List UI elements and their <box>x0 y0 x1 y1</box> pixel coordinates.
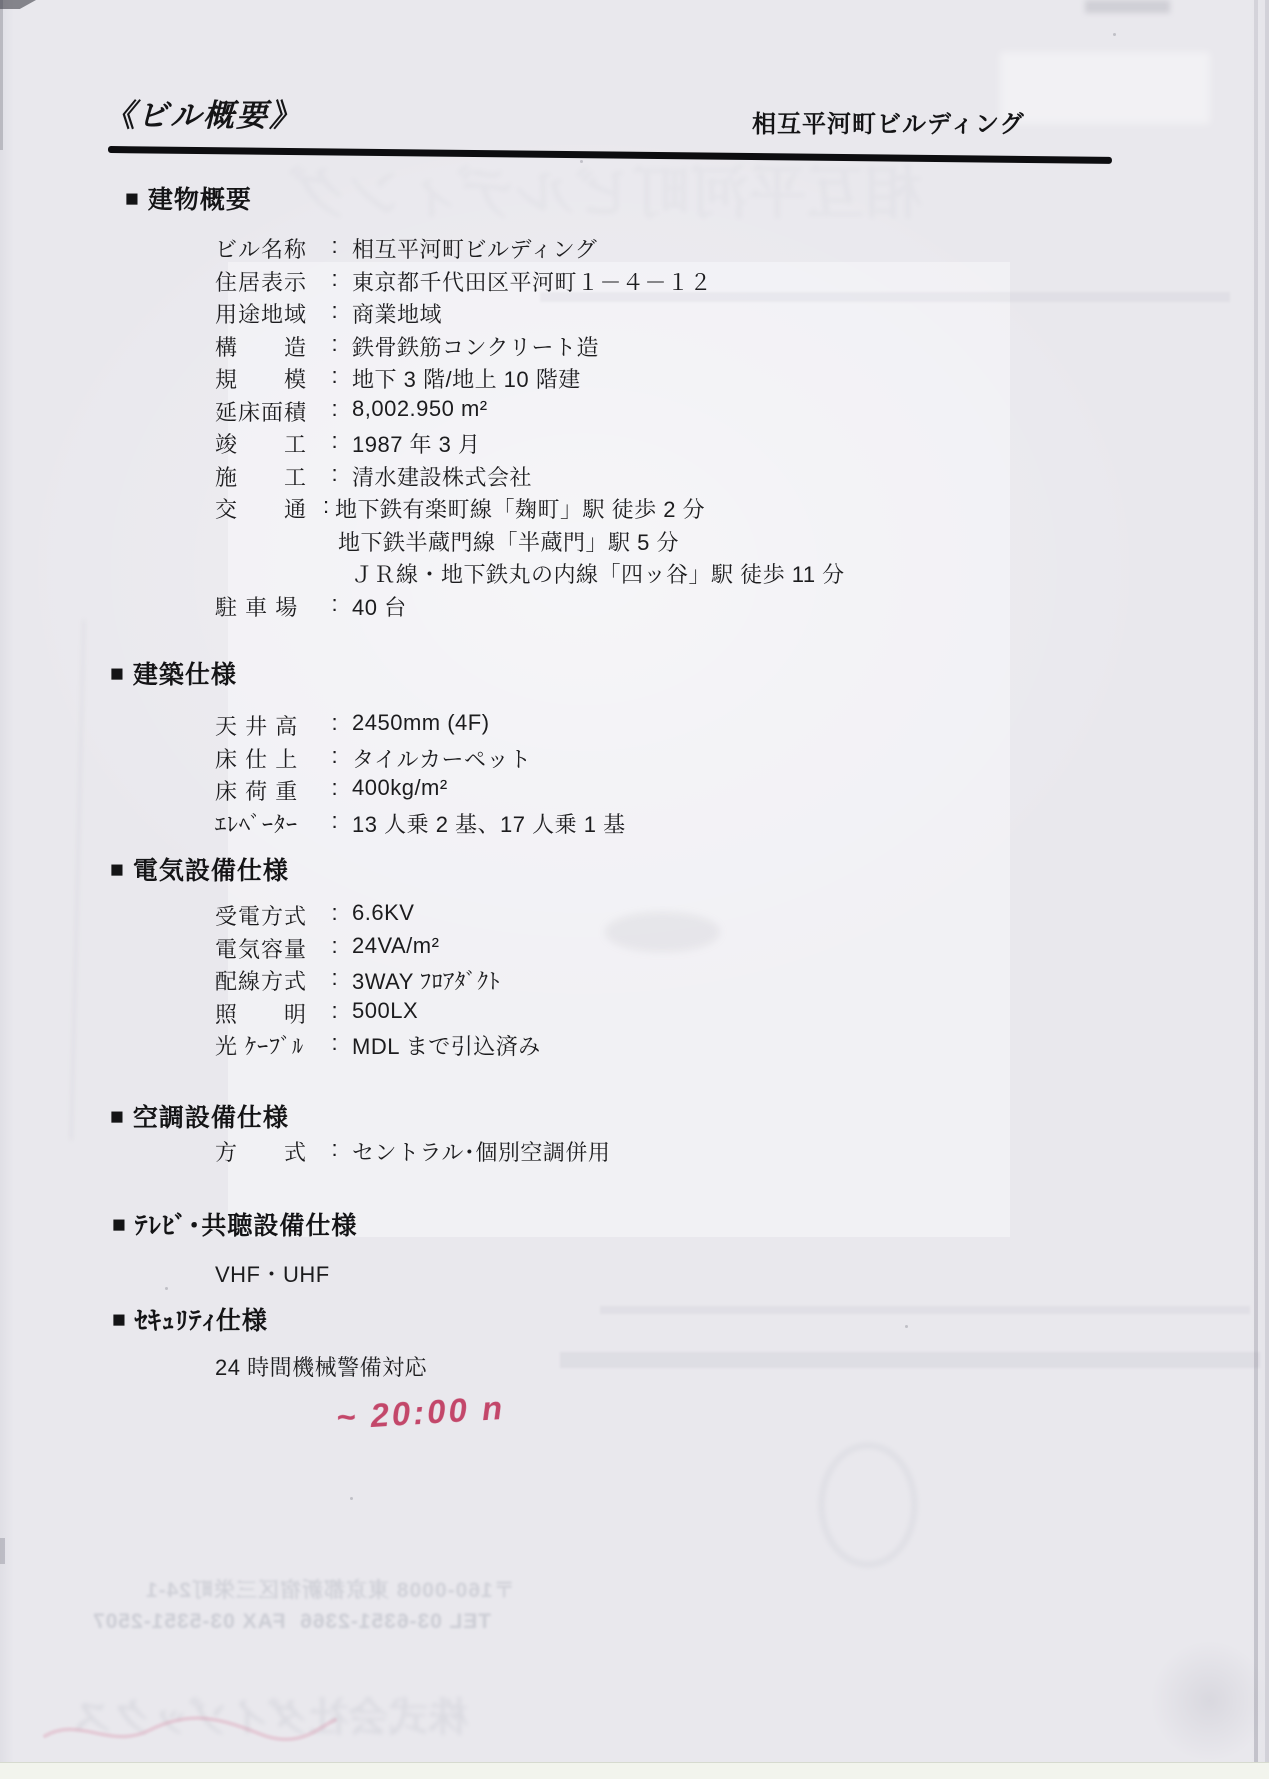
spec-label: 天 井 高 <box>215 710 317 741</box>
section-heading-electrical-spec: ■ 電気設備仕様 <box>110 851 289 887</box>
bleedthrough-pink-scribble <box>40 1698 340 1758</box>
spec-row: 規 模 : 地下 3 階/地上 10 階建 <box>215 363 1095 396</box>
spec-row: 電気容量 : 24VA/m² <box>215 933 1095 966</box>
spec-value: 地下 3 階/地上 10 階建 <box>352 363 581 394</box>
spec-value: 24VA/m² <box>352 933 439 959</box>
spec-colon: : <box>317 1136 352 1162</box>
spec-value: ＪＲ線・地下鉄丸の内線「四ッ谷」駅 徒歩 11 分 <box>351 558 845 589</box>
section-heading-label: 建物概要 <box>148 180 252 216</box>
spec-row: 構 造 : 鉄骨鉄筋コンクリート造 <box>215 331 1095 364</box>
section-heading-hvac-spec: ■ 空調設備仕様 <box>110 1098 289 1134</box>
section-marker-icon: ■ <box>112 1213 127 1236</box>
spec-colon: : <box>317 933 352 959</box>
bleedthrough-postal-line: 〒160-0008 東京都新宿区三栄町24-1 <box>145 1574 515 1604</box>
spec-label: 床 荷 重 <box>215 775 317 806</box>
page-title: 《ビル概要》 <box>104 90 302 135</box>
spec-label: 配線方式 <box>215 965 317 996</box>
spec-colon: : <box>317 775 352 801</box>
spec-colon: : <box>317 331 352 357</box>
spec-row: 用途地域 : 商業地域 <box>215 298 1095 331</box>
section-heading-architecture-spec: ■ 建築仕様 <box>110 655 237 691</box>
section-heading-label: 建築仕様 <box>133 655 237 691</box>
section-heading-label: ﾃﾚﾋﾞ･共聴設備仕様 <box>135 1206 358 1242</box>
spec-row: 竣 工 : 1987 年 3 月 <box>215 428 1095 461</box>
bleedthrough-tel-line: TEL 03-6351-2366 FAX 03-5351-2507 <box>92 1610 491 1634</box>
spec-row: 床 荷 重 : 400kg/m² <box>215 775 1095 808</box>
spec-label: ビル名称 <box>215 233 317 264</box>
building-overview-rows: ビル名称 : 相互平河町ビルディング 住居表示 : 東京都千代田区平河町１－４－… <box>215 233 1095 623</box>
section-marker-icon: ■ <box>110 858 125 881</box>
bleedthrough-logo-circle <box>818 1442 918 1568</box>
dust-speck <box>905 1325 908 1328</box>
spec-label: 駐 車 場 <box>215 591 317 622</box>
section-marker-icon: ■ <box>110 662 125 685</box>
paper-nick-bottom-left <box>0 1538 5 1564</box>
scan-corner-mark <box>0 0 36 9</box>
spec-value: 商業地域 <box>352 298 442 329</box>
spec-label: 電気容量 <box>215 933 317 964</box>
spec-colon: : <box>317 363 352 389</box>
spec-label: 受電方式 <box>215 900 317 931</box>
spec-value: 13 人乗 2 基、17 人乗 1 基 <box>352 808 626 839</box>
spec-label: 延床面積 <box>215 396 317 427</box>
spec-colon: : <box>317 900 352 926</box>
paper-edge-right-outer <box>1265 0 1269 1779</box>
paper-fold <box>70 620 86 1140</box>
spec-value: 500LX <box>352 998 418 1024</box>
spec-colon: : <box>317 710 352 736</box>
spec-value: 40 台 <box>352 591 407 622</box>
section-heading-label: 電気設備仕様 <box>133 851 289 887</box>
dust-speck <box>580 160 583 163</box>
spec-value: 地下鉄半蔵門線「半蔵門」駅 5 分 <box>338 526 679 557</box>
spec-row: 住居表示 : 東京都千代田区平河町１－４－１２ <box>215 266 1095 299</box>
spec-row-access-line2: 地下鉄半蔵門線「半蔵門」駅 5 分 <box>215 526 1095 559</box>
spec-label: ｴﾚﾍﾞｰﾀｰ <box>215 808 317 839</box>
section-heading-tv-spec: ■ ﾃﾚﾋﾞ･共聴設備仕様 <box>112 1206 357 1242</box>
spec-colon: : <box>317 298 352 324</box>
section-heading-label: 空調設備仕様 <box>133 1098 289 1134</box>
spec-row: 照 明 : 500LX <box>215 998 1095 1031</box>
spec-colon: : <box>317 998 352 1024</box>
spec-value: 400kg/m² <box>352 775 448 801</box>
spec-label: 交 通 <box>215 493 317 524</box>
electrical-spec-rows: 受電方式 : 6.6KV 電気容量 : 24VA/m² 配線方式 : 3WAY … <box>215 900 1095 1063</box>
spec-row: ビル名称 : 相互平河町ビルディング <box>215 233 1095 266</box>
spec-value: 地下鉄有楽町線「麹町」駅 徒歩 2 分 <box>335 493 705 524</box>
scan-shadow-bottom-right <box>1150 1640 1269 1762</box>
paper-edge-right <box>1254 0 1258 1779</box>
spec-value: セントラル･個別空調併用 <box>352 1136 610 1167</box>
section-heading-label: ｾｷｭﾘﾃｨ仕様 <box>135 1301 268 1337</box>
spec-row: 方 式 : セントラル･個別空調併用 <box>215 1136 1095 1169</box>
spec-value: 清水建設株式会社 <box>352 461 532 492</box>
spec-colon: : <box>317 266 352 292</box>
bleedthrough-stripe <box>560 1352 1260 1368</box>
spec-row: 施 工 : 清水建設株式会社 <box>215 461 1095 494</box>
spec-colon: : <box>317 461 352 487</box>
spec-label: 施 工 <box>215 461 317 492</box>
dust-speck <box>165 1287 168 1290</box>
spec-row: 光 ｹｰﾌﾞﾙ : MDL まで引込済み <box>215 1030 1095 1063</box>
tv-spec-note: VHF・UHF <box>215 1258 330 1289</box>
spec-value: 1987 年 3 月 <box>352 428 481 459</box>
spec-value: 2450mm (4F) <box>352 710 490 736</box>
spec-label: 光 ｹｰﾌﾞﾙ <box>215 1030 317 1061</box>
hvac-spec-rows: 方 式 : セントラル･個別空調併用 <box>215 1136 1095 1169</box>
spec-colon: : <box>317 965 352 991</box>
spec-value: 東京都千代田区平河町１－４－１２ <box>352 266 712 297</box>
spec-value: 鉄骨鉄筋コンクリート造 <box>352 331 599 362</box>
spec-label: 規 模 <box>215 363 317 394</box>
spec-row: 駐 車 場 : 40 台 <box>215 591 1095 624</box>
spec-row: 延床面積 : 8,002.950 m² <box>215 396 1095 429</box>
spec-label: 住居表示 <box>215 266 317 297</box>
spec-colon: : <box>317 396 352 422</box>
paper-bright-area-top-right <box>1000 52 1210 124</box>
security-spec-note: 24 時間機械警備対応 <box>215 1351 427 1382</box>
spec-value: MDL まで引込済み <box>352 1030 541 1061</box>
spec-colon: : <box>317 233 352 259</box>
scanner-bottom-band <box>0 1762 1269 1779</box>
spec-row: ｴﾚﾍﾞｰﾀｰ : 13 人乗 2 基、17 人乗 1 基 <box>215 808 1095 841</box>
dust-speck <box>1113 33 1116 36</box>
section-heading-building-overview: ■ 建物概要 <box>125 180 252 216</box>
spec-colon: : <box>317 743 352 769</box>
spec-value: 8,002.950 m² <box>352 396 488 422</box>
spec-value: 3WAY ﾌﾛｱﾀﾞｸﾄ <box>352 965 500 996</box>
spec-colon: : <box>317 493 335 519</box>
dust-speck <box>350 1497 353 1500</box>
scan-smudge-top-right <box>1085 0 1170 13</box>
spec-row: 受電方式 : 6.6KV <box>215 900 1095 933</box>
spec-label: 用途地域 <box>215 298 317 329</box>
spec-row-access: 交 通 : 地下鉄有楽町線「麹町」駅 徒歩 2 分 <box>215 493 1095 526</box>
building-name-header: 相互平河町ビルディング <box>752 104 1025 139</box>
spec-colon: : <box>317 428 352 454</box>
spec-label: 方 式 <box>215 1136 317 1167</box>
section-heading-security-spec: ■ ｾｷｭﾘﾃｨ仕様 <box>112 1301 268 1337</box>
architecture-spec-rows: 天 井 高 : 2450mm (4F) 床 仕 上 : タイルカーペット 床 荷… <box>215 710 1095 840</box>
spec-value: 相互平河町ビルディング <box>352 233 597 264</box>
spec-label: 竣 工 <box>215 428 317 459</box>
bleedthrough-stripe <box>600 1306 1250 1314</box>
spec-row: 床 仕 上 : タイルカーペット <box>215 743 1095 776</box>
spec-colon: : <box>317 808 352 834</box>
section-marker-icon: ■ <box>112 1308 127 1331</box>
section-marker-icon: ■ <box>110 1105 125 1128</box>
spec-label: 床 仕 上 <box>215 743 317 774</box>
spec-colon: : <box>317 1030 352 1056</box>
section-marker-icon: ■ <box>125 187 140 210</box>
handwritten-note: ~ 20:00 n <box>335 1389 506 1437</box>
scanned-document-page: 相互平河町ビルディング 《ビル概要》 相互平河町ビルディング ■ 建物概要 ビル… <box>0 0 1269 1779</box>
paper-edge-left <box>0 0 3 150</box>
spec-colon: : <box>317 591 352 617</box>
spec-row-access-line3: ＪＲ線・地下鉄丸の内線「四ッ谷」駅 徒歩 11 分 <box>215 558 1095 591</box>
spec-value: 6.6KV <box>352 900 414 926</box>
spec-label: 構 造 <box>215 331 317 362</box>
spec-value: タイルカーペット <box>352 743 532 774</box>
spec-row: 天 井 高 : 2450mm (4F) <box>215 710 1095 743</box>
spec-label: 照 明 <box>215 998 317 1029</box>
spec-row: 配線方式 : 3WAY ﾌﾛｱﾀﾞｸﾄ <box>215 965 1095 998</box>
